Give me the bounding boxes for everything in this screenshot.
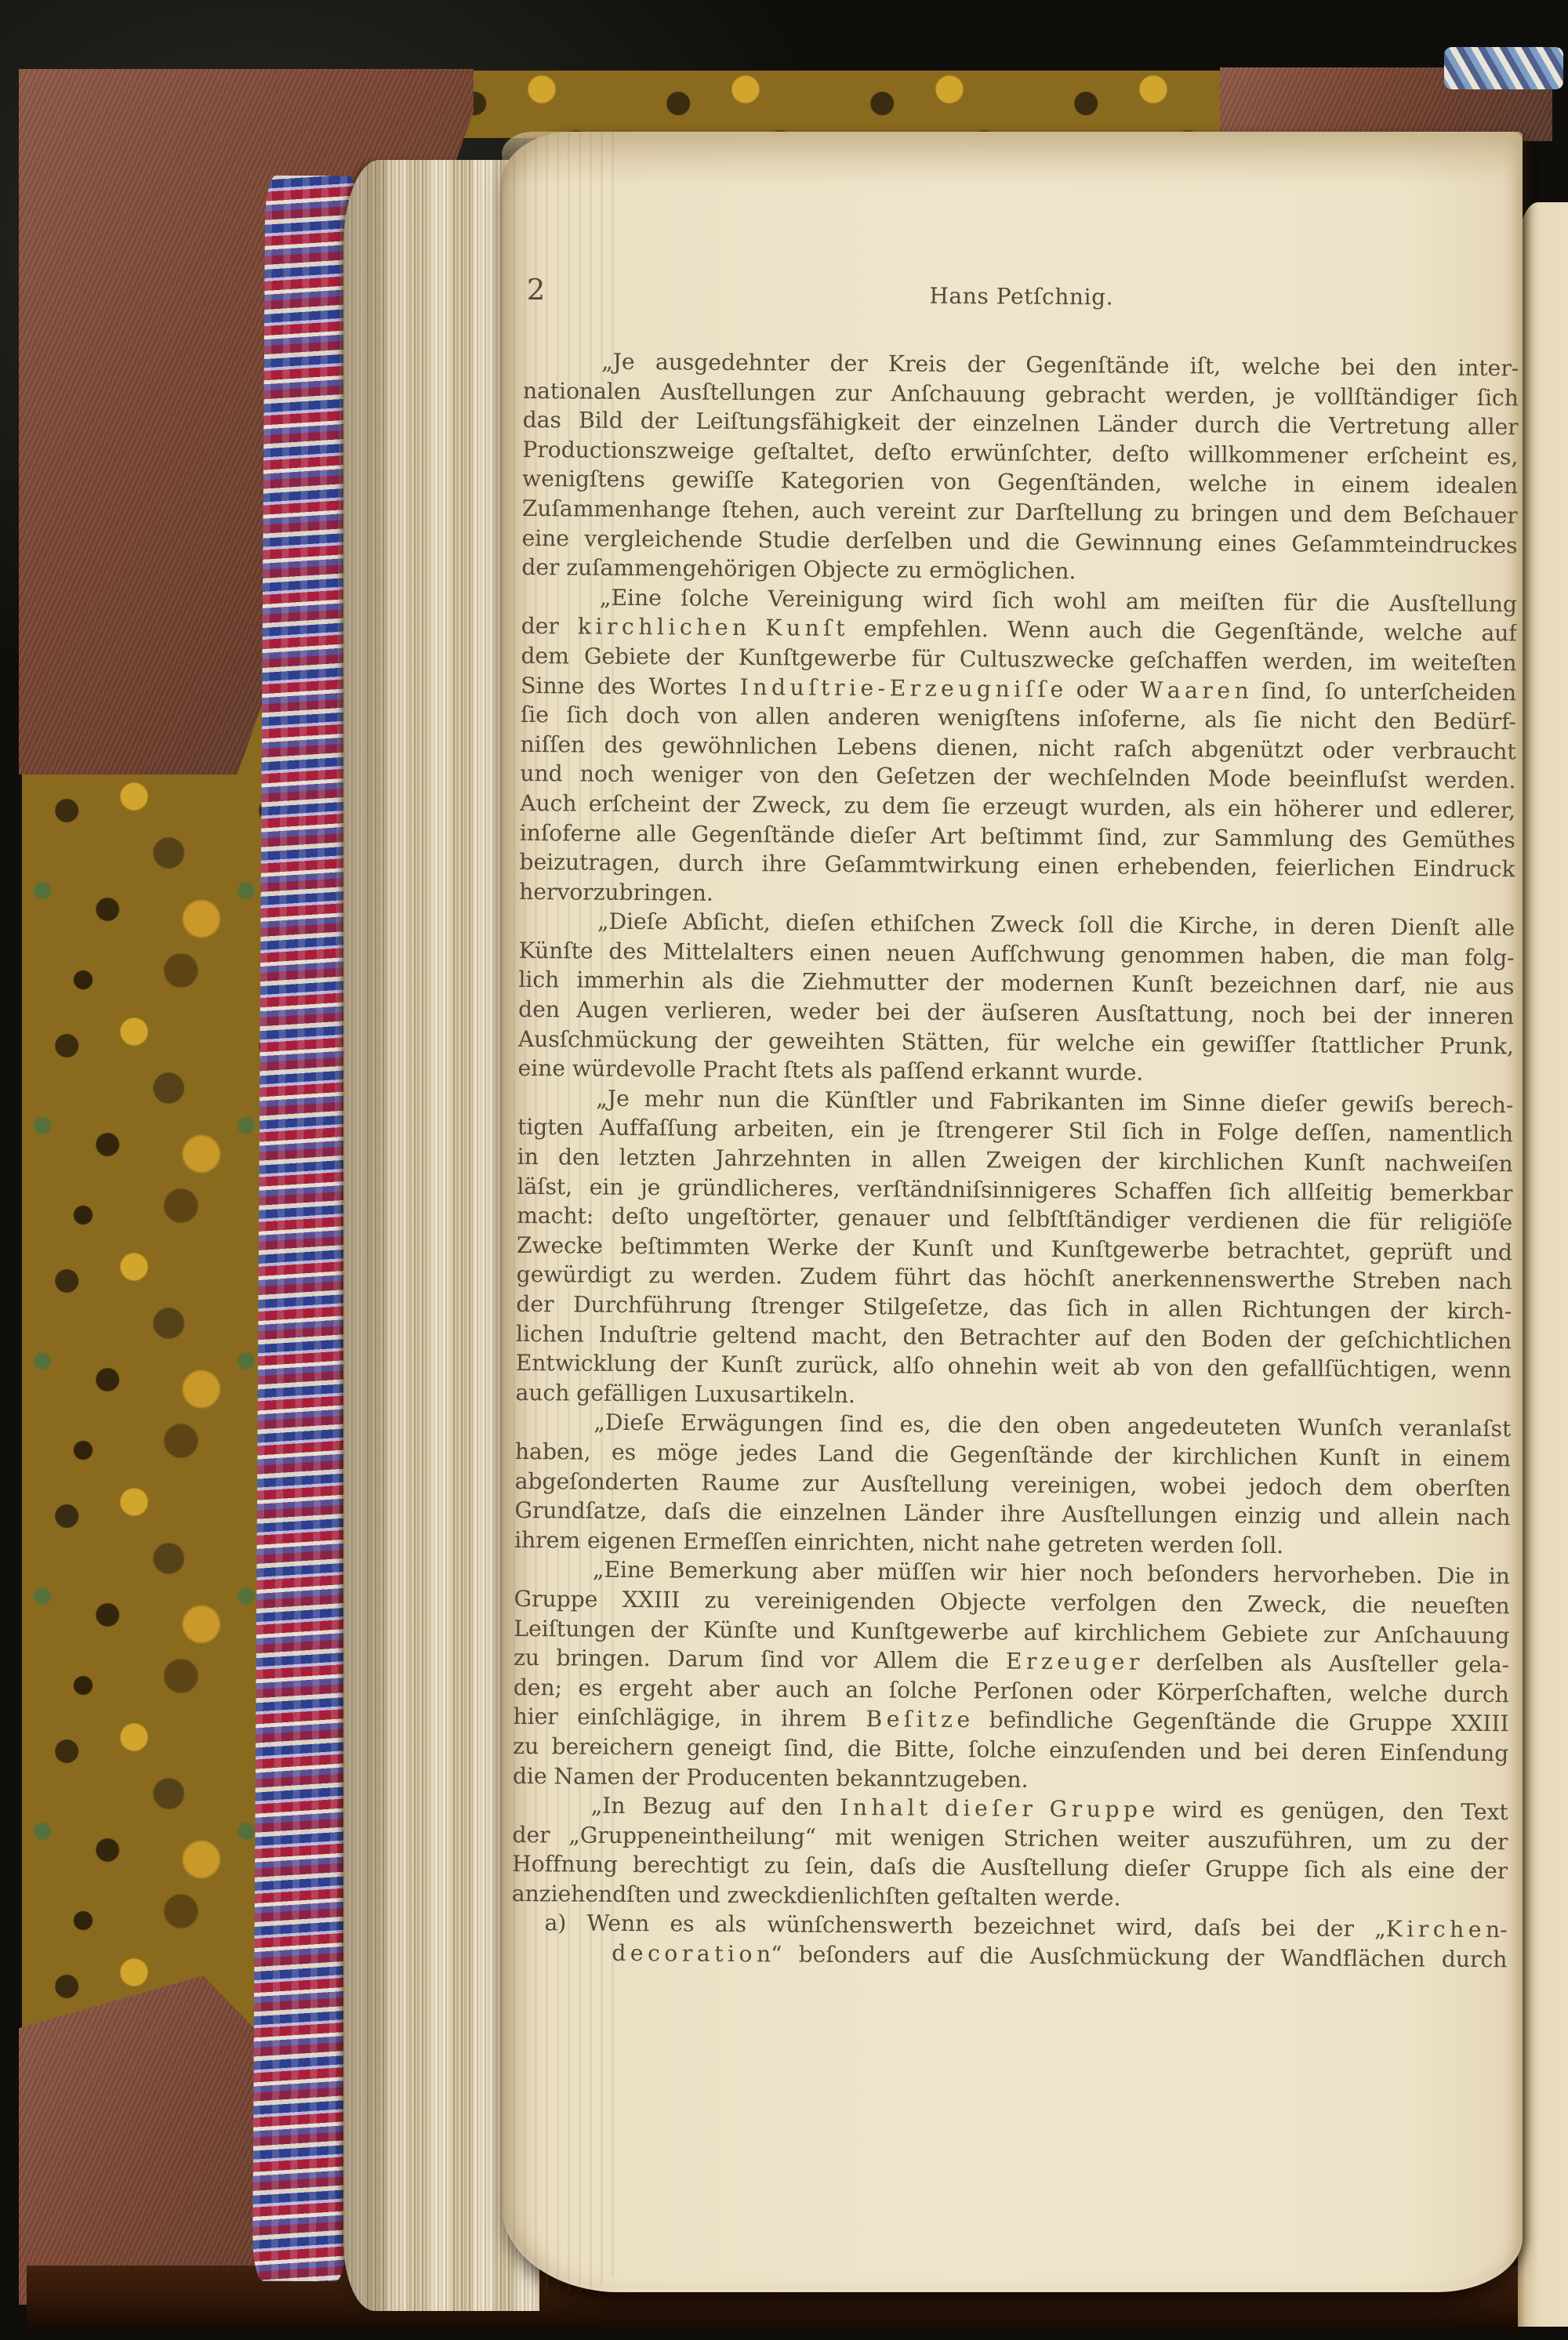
page-text: 2 Hans Petſchnig. „Je ausgedehnter der K… [511, 274, 1519, 1975]
headband [1444, 47, 1563, 89]
running-head: 2 Hans Petſchnig. [524, 274, 1519, 316]
body-text: „Je ausgedehnter der Kreis der Gegenſtän… [511, 346, 1519, 1975]
running-header: Hans Petſchnig. [524, 280, 1519, 313]
next-page-edge [1518, 202, 1568, 2327]
photo-background: 2 Hans Petſchnig. „Je ausgedehnter der K… [0, 0, 1568, 2340]
